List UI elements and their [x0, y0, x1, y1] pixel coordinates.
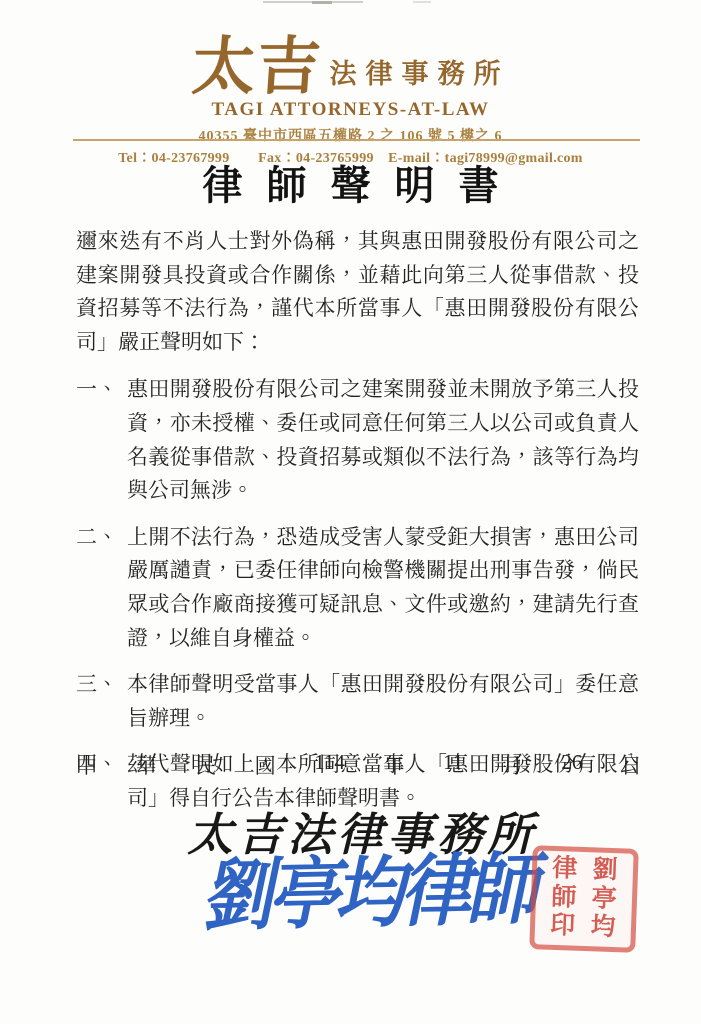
date-part: 華	[136, 750, 157, 780]
firm-name-zh: 法律事務所	[330, 52, 510, 98]
firm-name-en: TAGI ATTORNEYS-AT-LAW	[0, 99, 701, 121]
letterhead: 太吉 法律事務所 TAGI ATTORNEYS-AT-LAW 40355 臺中市…	[0, 22, 701, 167]
firm-address: 40355 臺中市西區五權路 2 之 106 號 5 樓之 6	[0, 125, 701, 145]
list-item-marker: 二、	[76, 521, 118, 555]
lawyer-signature: 劉亭均律師	[200, 845, 533, 942]
list-item-text: 本律師聲明受當事人「惠田開發股份有限公司」委任意旨辦理。	[127, 672, 639, 730]
list-item-text: 上開不法行為，恐造成受害人蒙受鉅大損害，惠田公司嚴厲譴責，已委任律師向檢警機關提…	[127, 525, 639, 650]
seal-character: 劉	[592, 857, 618, 886]
document-body: 邇來迭有不肖人士對外偽稱，其與惠田開發股份有限公司之建案開發具投資或合作關係，並…	[76, 225, 639, 816]
list-item-text: 惠田開發股份有限公司之建案開發並未開放予第三人投資，亦未授權、委任或同意任何第三…	[127, 377, 639, 502]
date-part-month: 11	[443, 750, 463, 780]
date-part-year: 114	[314, 750, 345, 780]
date-part: 年	[383, 750, 404, 780]
date-part: 月	[502, 750, 523, 780]
seal-character: 律	[552, 855, 578, 884]
firm-logo-row: 太吉 法律事務所	[0, 22, 701, 98]
date-part: 民	[195, 750, 216, 780]
intro-paragraph: 邇來迭有不肖人士對外偽稱，其與惠田開發股份有限公司之建案開發具投資或合作關係，並…	[76, 225, 639, 359]
letterhead-divider	[73, 139, 640, 141]
seal-character: 亭	[591, 885, 617, 914]
scan-artifact-line	[312, 1, 332, 4]
list-item-marker: 三、	[76, 668, 118, 702]
firm-logo-calligraphy: 太吉	[189, 38, 323, 98]
date-part: 中	[76, 750, 97, 780]
seal-character: 均	[590, 914, 616, 943]
date-part: 國	[255, 750, 276, 780]
declaration-item-2: 二、 上開不法行為，恐造成受害人蒙受鉅大損害，惠田公司嚴厲譴責，已委任律師向檢警…	[76, 521, 639, 655]
declaration-item-1: 一、 惠田開發股份有限公司之建案開發並未開放予第三人投資，亦未授權、委任或同意任…	[76, 373, 639, 507]
seal-column-right: 劉 亭 均	[590, 857, 618, 943]
seal-character: 師	[551, 884, 577, 913]
lawyer-seal-stamp: 劉 亭 均 律 師 印	[529, 845, 639, 953]
scan-artifact-line	[413, 1, 431, 3]
list-item-marker: 一、	[76, 373, 118, 407]
seal-column-left: 律 師 印	[550, 855, 578, 941]
document-title: 律師聲明書	[0, 154, 701, 211]
seal-character: 印	[550, 912, 576, 941]
date-part-day: 26	[561, 750, 582, 780]
scanned-legal-document: 太吉 法律事務所 TAGI ATTORNEYS-AT-LAW 40355 臺中市…	[0, 0, 701, 1024]
roc-date-line: 中 華 民 國 114 年 11 月 26 日	[76, 750, 642, 780]
date-part: 日	[621, 750, 642, 780]
declaration-item-3: 三、 本律師聲明受當事人「惠田開發股份有限公司」委任意旨辦理。	[76, 668, 639, 735]
